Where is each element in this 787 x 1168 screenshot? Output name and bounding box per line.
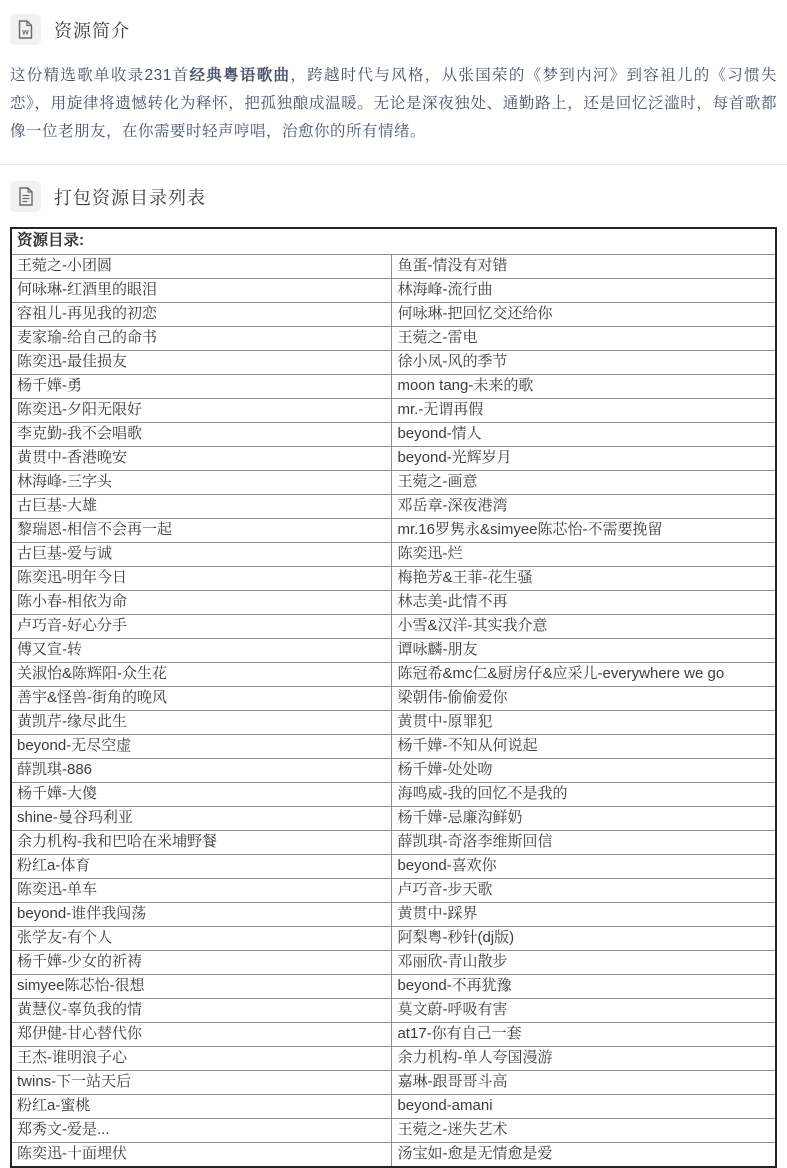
song-cell: 傅又宣-转 xyxy=(11,639,392,663)
song-cell: 汤宝如-愈是无情愈是爱 xyxy=(392,1143,776,1168)
song-cell: 嘉琳-跟哥哥斗高 xyxy=(392,1071,776,1095)
song-cell: beyond-无尽空虚 xyxy=(11,735,392,759)
section-divider xyxy=(0,164,787,165)
table-title-cell: 资源目录: xyxy=(11,228,776,255)
song-cell: 林海峰-三字头 xyxy=(11,471,392,495)
song-cell: beyond-谁伴我闯荡 xyxy=(11,903,392,927)
song-cell: 黄贯中-原罪犯 xyxy=(392,711,776,735)
song-cell: 海鸣威-我的回忆不是我的 xyxy=(392,783,776,807)
song-cell: 鱼蛋-情没有对错 xyxy=(392,255,776,279)
song-cell: 郑秀文-爱是... xyxy=(11,1119,392,1143)
song-cell: beyond-喜欢你 xyxy=(392,855,776,879)
table-row: 关淑怡&陈辉阳-众生花陈冠希&mc仁&厨房仔&应采儿-everywhere we… xyxy=(11,663,776,687)
song-cell: 王菀之-小团圆 xyxy=(11,255,392,279)
table-row: 陈奕迅-十面埋伏汤宝如-愈是无情愈是爱 xyxy=(11,1143,776,1168)
song-cell: simyee陈芯怡-很想 xyxy=(11,975,392,999)
table-row: 容祖儿-再见我的初恋何咏琳-把回忆交还给你 xyxy=(11,303,776,327)
song-cell: 张学友-有个人 xyxy=(11,927,392,951)
intro-section-heading: w 资源简介 xyxy=(10,14,777,45)
song-cell: 陈奕迅-十面埋伏 xyxy=(11,1143,392,1168)
svg-text:w: w xyxy=(21,27,29,37)
song-cell: 卢巧音-好心分手 xyxy=(11,615,392,639)
table-row: 郑伊健-甘心替代你at17-你有自己一套 xyxy=(11,1023,776,1047)
table-row: beyond-无尽空虚杨千嬅-不知从何说起 xyxy=(11,735,776,759)
intro-text-before: 这份精选歌单收录231首 xyxy=(10,67,189,84)
song-cell: at17-你有自己一套 xyxy=(392,1023,776,1047)
table-row: 杨千嬅-勇moon tang-未来的歌 xyxy=(11,375,776,399)
song-cell: twins-下一站天后 xyxy=(11,1071,392,1095)
table-header-row: 资源目录: xyxy=(11,228,776,255)
song-cell: 杨千嬅-少女的祈祷 xyxy=(11,951,392,975)
table-row: 卢巧音-好心分手小雪&汉洋-其实我介意 xyxy=(11,615,776,639)
table-row: 陈奕迅-夕阳无限好mr.-无谓再假 xyxy=(11,399,776,423)
section-title-intro: 资源简介 xyxy=(54,17,130,43)
song-cell: 陈奕迅-最佳损友 xyxy=(11,351,392,375)
song-cell: 林志美-此情不再 xyxy=(392,591,776,615)
table-row: 善宇&怪兽-街角的晚风梁朝伟-偷偷爱你 xyxy=(11,687,776,711)
table-row: 余力机构-我和巴哈在米埔野餐薛凯琪-奇洛李维斯回信 xyxy=(11,831,776,855)
song-cell: 王杰-谁明浪子心 xyxy=(11,1047,392,1071)
song-cell: 杨千嬅-处处吻 xyxy=(392,759,776,783)
section-title-list: 打包资源目录列表 xyxy=(54,184,206,210)
song-cell: 卢巧音-步天歌 xyxy=(392,879,776,903)
song-cell: 容祖儿-再见我的初恋 xyxy=(11,303,392,327)
song-cell: beyond-不再犹豫 xyxy=(392,975,776,999)
table-row: 陈奕迅-单车卢巧音-步天歌 xyxy=(11,879,776,903)
table-row: 黄慧仪-辜负我的情莫文蔚-呼吸有害 xyxy=(11,999,776,1023)
song-cell: 何咏琳-红酒里的眼泪 xyxy=(11,279,392,303)
song-cell: 麦家瑜-给自己的命书 xyxy=(11,327,392,351)
intro-paragraph: 这份精选歌单收录231首经典粤语歌曲，跨越时代与风格，从张国荣的《梦到内河》到容… xyxy=(10,62,777,146)
song-cell: 陈奕迅-单车 xyxy=(11,879,392,903)
table-row: twins-下一站天后嘉琳-跟哥哥斗高 xyxy=(11,1071,776,1095)
table-row: 黄凯芹-缘尽此生黄贯中-原罪犯 xyxy=(11,711,776,735)
song-cell: shine-曼谷玛利亚 xyxy=(11,807,392,831)
song-cell: 粉红a-体育 xyxy=(11,855,392,879)
table-row: 陈奕迅-明年今日梅艳芳&王菲-花生骚 xyxy=(11,567,776,591)
table-row: 粉红a-体育beyond-喜欢你 xyxy=(11,855,776,879)
table-row: 王杰-谁明浪子心余力机构-单人夸国漫游 xyxy=(11,1047,776,1071)
song-cell: 谭咏麟-朋友 xyxy=(392,639,776,663)
table-row: beyond-谁伴我闯荡黄贯中-踩界 xyxy=(11,903,776,927)
song-cell: 薛凯琪-886 xyxy=(11,759,392,783)
song-cell: 王菀之-雷电 xyxy=(392,327,776,351)
word-doc-icon: w xyxy=(10,14,41,45)
table-row: 黄贯中-香港晚安beyond-光辉岁月 xyxy=(11,447,776,471)
song-cell: 古巨基-爱与诚 xyxy=(11,543,392,567)
song-cell: 杨千嬅-忌廉沟鲜奶 xyxy=(392,807,776,831)
song-cell: beyond-amani xyxy=(392,1095,776,1119)
song-cell: 粉红a-蜜桃 xyxy=(11,1095,392,1119)
song-cell: 邓岳章-深夜港湾 xyxy=(392,495,776,519)
song-cell: 莫文蔚-呼吸有害 xyxy=(392,999,776,1023)
table-row: 杨千嬅-少女的祈祷邓丽欣-青山散步 xyxy=(11,951,776,975)
song-cell: 余力机构-单人夸国漫游 xyxy=(392,1047,776,1071)
song-cell: 薛凯琪-奇洛李维斯回信 xyxy=(392,831,776,855)
song-cell: 何咏琳-把回忆交还给你 xyxy=(392,303,776,327)
table-row: 古巨基-大雄邓岳章-深夜港湾 xyxy=(11,495,776,519)
page: { "section1": { "title": "资源简介" }, "intr… xyxy=(0,0,787,1168)
song-cell: 古巨基-大雄 xyxy=(11,495,392,519)
table-row: 张学友-有个人阿梨粤-秒针(dj版) xyxy=(11,927,776,951)
song-cell: 黄贯中-踩界 xyxy=(392,903,776,927)
table-row: 古巨基-爱与诚陈奕迅-烂 xyxy=(11,543,776,567)
song-cell: 徐小凤-风的季节 xyxy=(392,351,776,375)
table-row: 何咏琳-红酒里的眼泪林海峰-流行曲 xyxy=(11,279,776,303)
song-cell: 王菀之-画意 xyxy=(392,471,776,495)
table-row: 李克勤-我不会唱歌beyond-情人 xyxy=(11,423,776,447)
table-row: 陈奕迅-最佳损友徐小凤-风的季节 xyxy=(11,351,776,375)
song-cell: 阿梨粤-秒针(dj版) xyxy=(392,927,776,951)
resource-table: 资源目录: 王菀之-小团圆鱼蛋-情没有对错何咏琳-红酒里的眼泪林海峰-流行曲容祖… xyxy=(10,227,777,1168)
song-cell: 邓丽欣-青山散步 xyxy=(392,951,776,975)
song-cell: 杨千嬅-大傻 xyxy=(11,783,392,807)
song-cell: 李克勤-我不会唱歌 xyxy=(11,423,392,447)
song-cell: 黄贯中-香港晚安 xyxy=(11,447,392,471)
resource-table-body: 资源目录: 王菀之-小团圆鱼蛋-情没有对错何咏琳-红酒里的眼泪林海峰-流行曲容祖… xyxy=(11,228,776,1167)
song-cell: 余力机构-我和巴哈在米埔野餐 xyxy=(11,831,392,855)
table-row: 郑秀文-爱是...王菀之-迷失艺术 xyxy=(11,1119,776,1143)
song-cell: moon tang-未来的歌 xyxy=(392,375,776,399)
song-cell: mr.-无谓再假 xyxy=(392,399,776,423)
song-cell: 陈奕迅-烂 xyxy=(392,543,776,567)
table-row: 麦家瑜-给自己的命书王菀之-雷电 xyxy=(11,327,776,351)
song-cell: mr.16罗隽永&simyee陈芯怡-不需要挽留 xyxy=(392,519,776,543)
text-doc-icon xyxy=(10,181,41,212)
song-cell: 善宇&怪兽-街角的晚风 xyxy=(11,687,392,711)
table-row: 王菀之-小团圆鱼蛋-情没有对错 xyxy=(11,255,776,279)
song-cell: beyond-光辉岁月 xyxy=(392,447,776,471)
table-row: 林海峰-三字头王菀之-画意 xyxy=(11,471,776,495)
table-row: 薛凯琪-886杨千嬅-处处吻 xyxy=(11,759,776,783)
song-cell: 陈奕迅-明年今日 xyxy=(11,567,392,591)
song-cell: 陈奕迅-夕阳无限好 xyxy=(11,399,392,423)
song-cell: 梁朝伟-偷偷爱你 xyxy=(392,687,776,711)
song-cell: 郑伊健-甘心替代你 xyxy=(11,1023,392,1047)
song-cell: 梅艳芳&王菲-花生骚 xyxy=(392,567,776,591)
song-cell: 黄慧仪-辜负我的情 xyxy=(11,999,392,1023)
song-cell: 陈冠希&mc仁&厨房仔&应采儿-everywhere we go xyxy=(392,663,776,687)
song-cell: 杨千嬅-勇 xyxy=(11,375,392,399)
song-cell: 黄凯芹-缘尽此生 xyxy=(11,711,392,735)
table-row: simyee陈芯怡-很想beyond-不再犹豫 xyxy=(11,975,776,999)
song-cell: 关淑怡&陈辉阳-众生花 xyxy=(11,663,392,687)
song-cell: beyond-情人 xyxy=(392,423,776,447)
table-row: shine-曼谷玛利亚杨千嬅-忌廉沟鲜奶 xyxy=(11,807,776,831)
table-row: 黎瑞恩-相信不会再一起mr.16罗隽永&simyee陈芯怡-不需要挽留 xyxy=(11,519,776,543)
song-cell: 林海峰-流行曲 xyxy=(392,279,776,303)
song-cell: 黎瑞恩-相信不会再一起 xyxy=(11,519,392,543)
table-row: 陈小春-相依为命林志美-此情不再 xyxy=(11,591,776,615)
song-cell: 小雪&汉洋-其实我介意 xyxy=(392,615,776,639)
table-row: 傅又宣-转谭咏麟-朋友 xyxy=(11,639,776,663)
intro-text-bold: 经典粤语歌曲 xyxy=(189,67,290,84)
table-row: 杨千嬅-大傻海鸣威-我的回忆不是我的 xyxy=(11,783,776,807)
song-cell: 陈小春-相依为命 xyxy=(11,591,392,615)
song-cell: 王菀之-迷失艺术 xyxy=(392,1119,776,1143)
table-row: 粉红a-蜜桃beyond-amani xyxy=(11,1095,776,1119)
list-section-heading: 打包资源目录列表 xyxy=(10,181,777,212)
song-cell: 杨千嬅-不知从何说起 xyxy=(392,735,776,759)
